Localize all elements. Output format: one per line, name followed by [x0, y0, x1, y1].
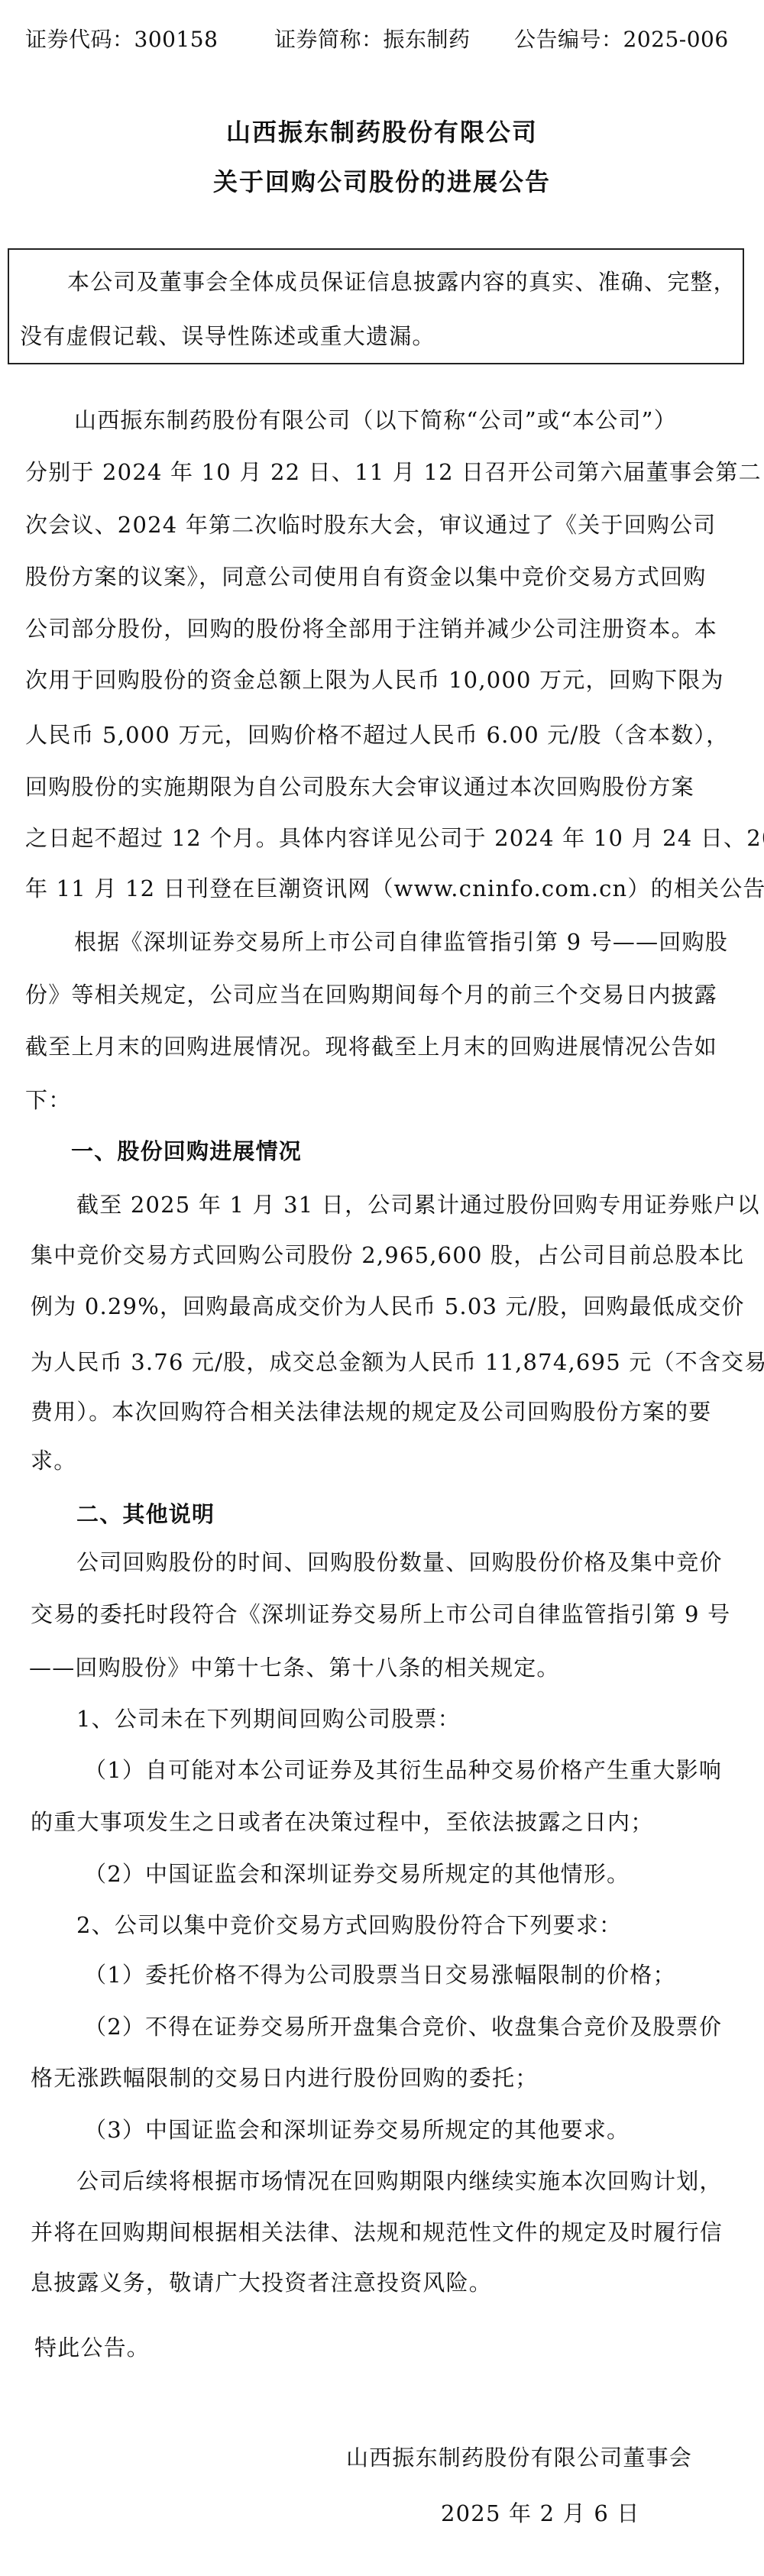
notice-number: 公告编号：2025-006: [514, 24, 729, 55]
list-item-1: 1、公司未在下列期间回购公司股票：: [76, 1704, 461, 1734]
paragraph-line: 根据《深圳证券交易所上市公司自律监管指引第 9 号——回购股: [74, 927, 728, 957]
paragraph-line: 集中竞价交易方式回购公司股份 2,965,600 股，占公司目前总股本比: [31, 1240, 744, 1270]
paragraph-line: 公司后续将根据市场情况在回购期限内继续实施本次回购计划，: [76, 2166, 723, 2196]
sub-item-2-2: （2）不得在证券交易所开盘集合竞价、收盘集合竞价及股票价: [84, 2011, 722, 2042]
sub-item-1-2: （2）中国证监会和深圳证券交易所规定的其他情形。: [84, 1859, 630, 1889]
paragraph-line: 次会议、2024 年第二次临时股东大会，审议通过了《关于回购公司: [25, 510, 716, 540]
paragraph-line: 之日起不超过 12 个月。具体内容详见公司于 2024 年 10 月 24 日、…: [25, 823, 764, 853]
paragraph-line: 份》等相关规定，公司应当在回购期间每个月的前三个交易日内披露: [25, 979, 717, 1010]
signature-company: 山西振东制药股份有限公司董事会: [346, 2442, 692, 2473]
title-company: 山西振东制药股份有限公司: [0, 117, 764, 147]
paragraph-line: 求。: [31, 1445, 76, 1476]
disclaimer-line: 本公司及董事会全体成员保证信息披露内容的真实、准确、完整，: [67, 267, 736, 297]
paragraph-line: 公司回购股份的时间、回购股份数量、回购股份价格及集中竞价: [76, 1547, 723, 1578]
paragraph-line: 为人民币 3.76 元/股，成交总金额为人民币 11,874,695 元（不含交…: [31, 1347, 764, 1377]
paragraph-line: 年 11 月 12 日刊登在巨潮资讯网（www.cninfo.com.cn）的相…: [25, 873, 764, 904]
sub-item-1-1-cont: 的重大事项发生之日或者在决策过程中，至依法披露之日内；: [31, 1807, 653, 1837]
paragraph-line: 例为 0.29%，回购最高成交价为人民币 5.03 元/股，回购最低成交价: [31, 1291, 745, 1322]
paragraph-line: 息披露义务，敬请广大投资者注意投资风险。: [31, 2267, 492, 2298]
paragraph-line: 次用于回购股份的资金总额上限为人民币 10,000 万元，回购下限为: [25, 665, 724, 695]
paragraph-line: 回购股份的实施期限为自公司股东大会审议通过本次回购股份方案: [25, 772, 694, 802]
paragraph-line: 并将在回购期间根据相关法律、法规和规范性文件的规定及时履行信: [31, 2217, 723, 2248]
paragraph-line: 山西振东制药股份有限公司（以下简称“公司”或“本公司”）: [74, 405, 677, 435]
section-heading-other-notes: 二、其他说明: [76, 1499, 215, 1529]
paragraph-line: 费用）。本次回购符合相关法律法规的规定及公司回购股份方案的要: [31, 1396, 712, 1427]
list-item-2: 2、公司以集中竞价交易方式回购股份符合下列要求：: [76, 1910, 622, 1940]
paragraph-line: 人民币 5,000 万元，回购价格不超过人民币 6.00 元/股（含本数），: [25, 720, 729, 750]
paragraph-line: 分别于 2024 年 10 月 22 日、11 月 12 日召开公司第六届董事会…: [25, 457, 762, 487]
paragraph-line: 截至 2025 年 1 月 31 日，公司累计通过股份回购专用证券账户以: [76, 1189, 760, 1220]
sub-item-2-3: （3）中国证监会和深圳证券交易所规定的其他要求。: [84, 2115, 630, 2145]
paragraph-line: 公司部分股份，回购的股份将全部用于注销并减少公司注册资本。本: [25, 613, 717, 644]
section-heading-repurchase-progress: 一、股份回购进展情况: [71, 1136, 302, 1167]
sub-item-2-2-cont: 格无涨跌幅限制的交易日内进行股份回购的委托；: [31, 2063, 538, 2093]
title-subject: 关于回购公司股份的进展公告: [0, 167, 764, 197]
sub-item-2-1: （1）委托价格不得为公司股票当日交易涨幅限制的价格；: [84, 1960, 676, 1990]
paragraph-line: 股份方案的议案》，同意公司使用自有资金以集中竞价交易方式回购: [25, 561, 707, 592]
paragraph-line: 截至上月末的回购进展情况。现将截至上月末的回购进展情况公告如: [25, 1031, 717, 1062]
signature-date: 2025 年 2 月 6 日: [441, 2498, 640, 2529]
paragraph-line: 下：: [25, 1085, 71, 1115]
paragraph-line: ——回购股份》中第十七条、第十八条的相关规定。: [29, 1652, 560, 1683]
stock-code: 证券代码：300158: [25, 24, 218, 55]
closing-statement: 特此公告。: [34, 2332, 150, 2363]
stock-short-name: 证券简称：振东制药: [274, 24, 471, 55]
disclaimer-line: 没有虚假记载、误导性陈述或重大遗漏。: [20, 321, 435, 351]
paragraph-line: 交易的委托时段符合《深圳证券交易所上市公司自律监管指引第 9 号: [31, 1599, 730, 1629]
sub-item-1-1: （1）自可能对本公司证券及其衍生品种交易价格产生重大影响: [84, 1755, 722, 1785]
